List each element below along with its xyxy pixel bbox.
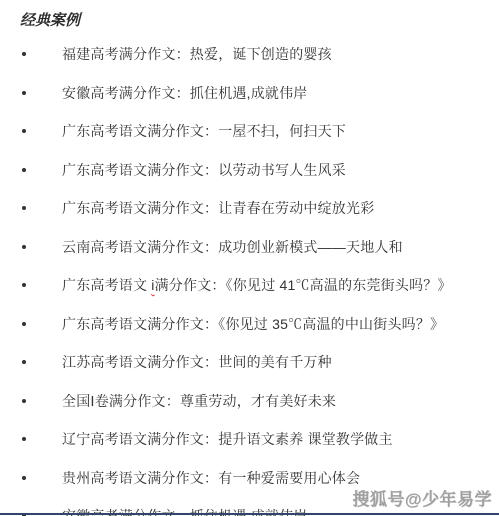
list-item: 广东高考语文满分作文：以劳动书写人生风采 bbox=[0, 163, 499, 178]
bullet-icon bbox=[22, 168, 26, 172]
case-title: 广东高考语文满分作文：以劳动书写人生风采 bbox=[62, 163, 346, 178]
bullet-icon bbox=[22, 322, 26, 326]
case-title: 辽宁高考语文满分作文：提升语文素养 课堂教学做主 bbox=[62, 432, 393, 447]
case-title-text: 全国Ⅰ卷满分作文：尊重劳动，才有美好未来 bbox=[62, 393, 336, 409]
case-title: 广东高考语文 i满分作文：《你见过 41℃高温的东莞街头吗？》 bbox=[62, 278, 452, 293]
case-title: 全国Ⅰ卷满分作文：尊重劳动，才有美好未来 bbox=[62, 394, 336, 409]
case-title: 江苏高考语文满分作文：世间的美有千万种 bbox=[62, 355, 332, 370]
case-title: 广东高考语文满分作文：让青春在劳动中绽放光彩 bbox=[62, 201, 374, 216]
watermark-text: 搜狐号@少年易学 bbox=[352, 485, 492, 510]
bottom-divider bbox=[0, 513, 499, 516]
bullet-icon bbox=[22, 399, 26, 403]
list-item: 广东高考语文满分作文：一屋不扫，何扫天下 bbox=[0, 124, 499, 139]
section-title: 经典案例 bbox=[20, 12, 499, 30]
bullet-icon bbox=[22, 283, 26, 287]
case-title-text: 云南高考语文满分作文：成功创业新模式——天地人和 bbox=[62, 239, 403, 255]
bullet-icon bbox=[22, 52, 26, 56]
case-title-text: 广东高考语文满分作文：让青春在劳动中绽放光彩 bbox=[62, 200, 374, 216]
bullet-icon bbox=[22, 437, 26, 441]
document-page: 经典案例 福建高考满分作文：热爱，诞下创造的婴孩安徽高考满分作文：抓住机遇,成就… bbox=[0, 0, 499, 516]
case-title-text: 贵州高考语文满分作文：有一种爱需要用心体会 bbox=[62, 470, 360, 486]
list-item: 广东高考语文满分作文：让青春在劳动中绽放光彩 bbox=[0, 201, 499, 216]
case-title: 贵州高考语文满分作文：有一种爱需要用心体会 bbox=[62, 471, 360, 486]
bullet-icon bbox=[22, 206, 26, 210]
case-title-text: 江苏高考语文满分作文：世间的美有千万种 bbox=[62, 354, 332, 370]
list-item: 广东高考语文 i满分作文：《你见过 41℃高温的东莞街头吗？》 bbox=[0, 278, 499, 293]
list-item: 全国Ⅰ卷满分作文：尊重劳动，才有美好未来 bbox=[0, 394, 499, 409]
case-title: 云南高考语文满分作文：成功创业新模式——天地人和 bbox=[62, 240, 403, 255]
case-title-text: 安徽高考满分作文：抓住机遇,成就伟岸 bbox=[62, 85, 308, 101]
case-title-text: 福建高考满分作文：热爱，诞下创造的婴孩 bbox=[62, 46, 332, 62]
case-title-text: 辽宁高考语文满分作文：提升语文素养 课堂教学做主 bbox=[62, 431, 393, 447]
case-title-text: 广东高考语文 bbox=[62, 277, 151, 293]
case-title-text: 满分作文：《你见过 41℃高温的东莞街头吗？》 bbox=[155, 277, 452, 293]
case-title: 安徽高考满分作文：抓住机遇,成就伟岸 bbox=[62, 86, 308, 101]
list-item: 云南高考语文满分作文：成功创业新模式——天地人和 bbox=[0, 240, 499, 255]
bullet-icon bbox=[22, 245, 26, 249]
list-item: 福建高考满分作文：热爱，诞下创造的婴孩 bbox=[0, 47, 499, 62]
list-item: 贵州高考语文满分作文：有一种爱需要用心体会 bbox=[0, 471, 499, 486]
bullet-icon bbox=[22, 476, 26, 480]
list-item: 安徽高考满分作文：抓住机遇,成就伟岸 bbox=[0, 86, 499, 101]
list-item: 江苏高考语文满分作文：世间的美有千万种 bbox=[0, 355, 499, 370]
case-title: 福建高考满分作文：热爱，诞下创造的婴孩 bbox=[62, 47, 332, 62]
list-item: 广东高考语文满分作文：《你见过 35℃高温的中山街头吗？》 bbox=[0, 317, 499, 332]
case-title: 广东高考语文满分作文：《你见过 35℃高温的中山街头吗？》 bbox=[62, 317, 444, 332]
case-title-text: 广东高考语文满分作文：《你见过 35℃高温的中山街头吗？》 bbox=[62, 316, 444, 332]
case-title-text: 广东高考语文满分作文：以劳动书写人生风采 bbox=[62, 162, 346, 178]
bullet-icon bbox=[22, 129, 26, 133]
list-item: 辽宁高考语文满分作文：提升语文素养 课堂教学做主 bbox=[0, 432, 499, 447]
case-list: 福建高考满分作文：热爱，诞下创造的婴孩安徽高考满分作文：抓住机遇,成就伟岸广东高… bbox=[0, 47, 499, 516]
bullet-icon bbox=[22, 91, 26, 95]
case-title-text: 广东高考语文满分作文：一屋不扫，何扫天下 bbox=[62, 123, 346, 139]
bullet-icon bbox=[22, 360, 26, 364]
case-title: 广东高考语文满分作文：一屋不扫，何扫天下 bbox=[62, 124, 346, 139]
